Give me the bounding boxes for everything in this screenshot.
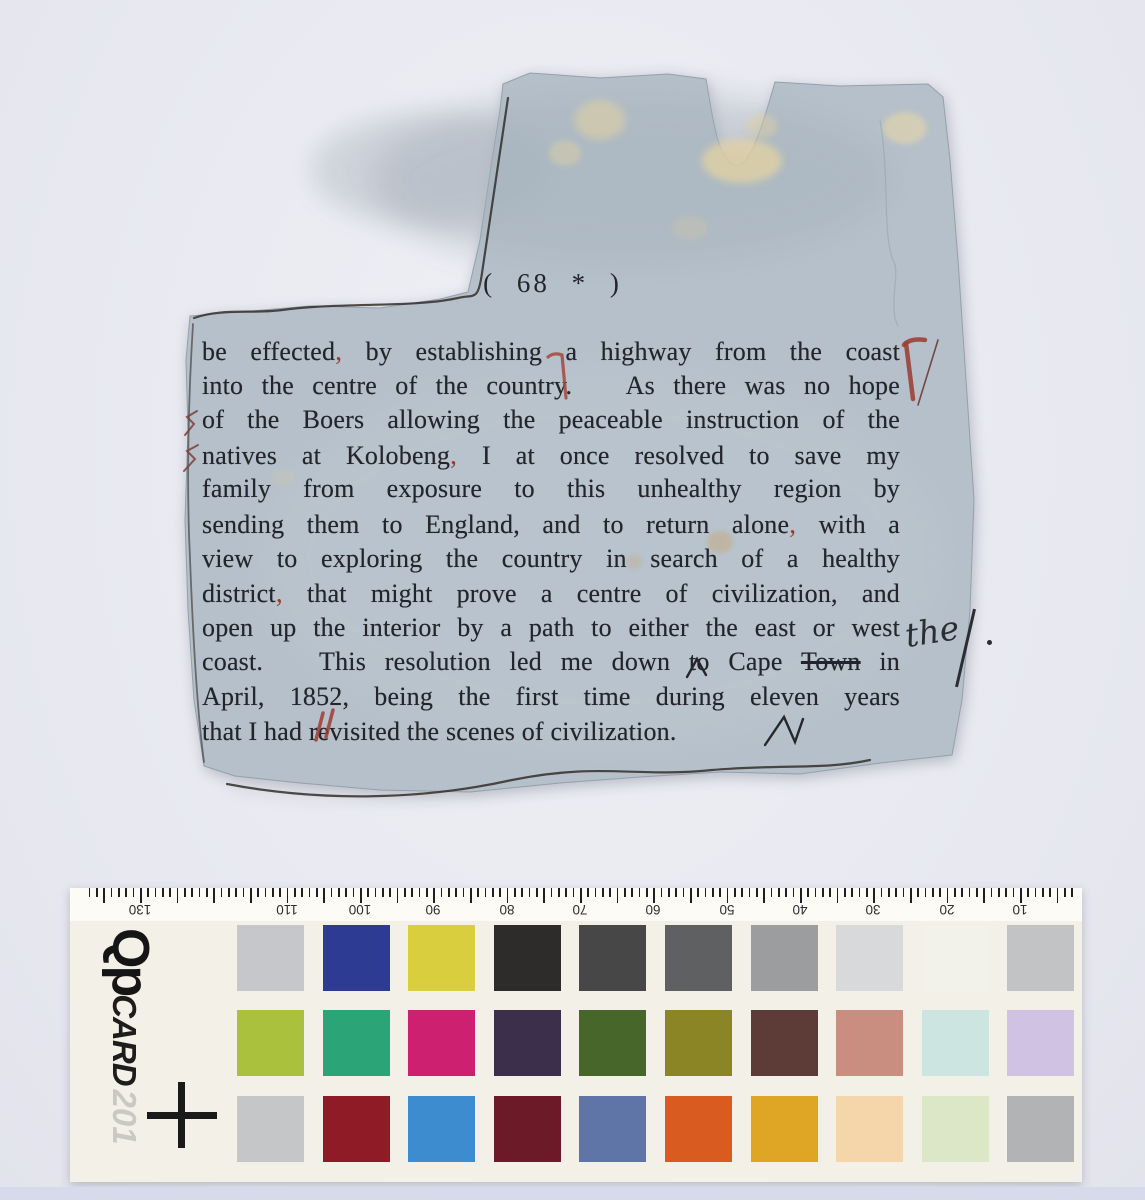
print-line: sending them to England, and to return a… [202,507,900,542]
ruler-tick [96,888,98,897]
ruler-tick [213,888,215,903]
ruler-tick [1071,888,1073,897]
stain [883,112,927,144]
ruler-tick [719,888,721,897]
ruler-tick [155,888,157,897]
ruler-tick [917,888,919,897]
ruler-tick [507,888,509,903]
ruler-tick [939,888,941,897]
print-segment: coast. This resolution led me down to Ca… [202,647,801,676]
color-swatch [1007,925,1074,991]
ruler-tick [653,888,655,903]
ruler-tick [639,888,641,897]
ruler-number: 20 [934,902,960,917]
ruler-number: 30 [860,902,886,917]
color-calibration-card: 130110100908070605040302010 QpCARD201 [70,888,1082,1182]
ruler-tick [558,888,560,897]
color-swatch [922,1096,989,1162]
qpcard-brand: Qp [101,928,159,994]
ruler-tick [734,888,736,897]
ruler-tick [404,888,406,897]
registration-cross-vertical [178,1082,185,1148]
ruler-tick [727,888,729,903]
print-segment: district [202,579,276,608]
ruler-tick [705,888,707,897]
ruler-tick [162,888,164,897]
color-swatch [836,925,903,991]
ruler-tick [338,888,340,897]
ruler-tick [668,888,670,897]
ruler-tick [844,888,846,897]
ruler-tick [514,888,516,897]
ruler-tick [1042,888,1044,897]
ruler-tick [309,888,311,897]
ruler-tick [969,888,971,897]
print-segment: sending them to England, and to return a… [202,510,789,539]
ruler-tick [961,888,963,897]
ruler-tick [595,888,597,897]
ruler-tick [646,888,648,897]
ruler-tick [257,888,259,897]
color-swatch [1007,1010,1074,1076]
color-swatch [237,1096,304,1162]
color-swatch [323,1096,390,1162]
ruler-tick [177,888,179,903]
ruler-tick [147,888,149,897]
ruler-tick [463,888,465,897]
ruler-tick [397,888,399,903]
print-segment: that might prove a centre of civilizatio… [283,579,900,608]
print-line: view to exploring the country in search … [202,542,900,577]
ruler-tick [499,888,501,897]
ruler-tick [631,888,633,897]
print-segment: of the Boers allowing the peaceable inst… [202,405,900,434]
ruler-tick [294,888,296,897]
ruler-number: 60 [640,902,666,917]
print-line: be effected, by establishing a highway f… [202,334,900,369]
ruler-tick [1005,888,1007,897]
red-inserted-comma: , [276,578,283,608]
color-swatch [237,925,304,991]
ruler-tick [199,888,201,897]
print-line: coast. This resolution led me down to Ca… [202,645,900,680]
ruler-tick [851,888,853,897]
ruler-tick [873,888,875,903]
ruler-tick [1027,888,1029,897]
scanned-archive-page: { "scan": { "header": "( 68 * )", "lines… [0,0,1145,1200]
ruler-tick [895,888,897,897]
ruler-tick [389,888,391,897]
ruler-tick [221,888,223,897]
page-number: ( 68 * ) [460,268,645,299]
print-segment: view to exploring the country in search … [202,544,900,573]
print-segment: in [861,647,900,676]
print-line: into the centre of the country. As there… [202,369,900,404]
ruler-tick [287,888,289,903]
ruler-tick [191,888,193,897]
ruler-tick [1064,888,1066,897]
ruler-tick [829,888,831,897]
ruler-tick [455,888,457,897]
ruler-tick [184,888,186,897]
ruler-number: 90 [420,902,446,917]
color-swatch [494,1010,561,1076]
ruler-tick [89,888,91,897]
color-swatch [751,1096,818,1162]
ruler-tick [529,888,531,897]
ruler-tick [763,888,765,903]
print-line: of the Boers allowing the peaceable inst… [202,403,900,438]
ruler-tick [1035,888,1037,897]
ruler-tick [551,888,553,897]
ruler-tick [426,888,428,897]
ruler-tick [903,888,905,897]
ruler-tick [243,888,245,897]
ruler-tick [793,888,795,897]
ruler-number: 130 [127,902,153,917]
ruler-tick [477,888,479,897]
print-text: be effected, by establishing a highway f… [202,334,900,749]
ruler-tick [573,888,575,897]
ruler-tick [103,888,105,903]
ruler-tick [580,888,582,903]
color-swatch [751,1010,818,1076]
ruler-tick [301,888,303,897]
ruler-tick [140,888,142,903]
qpcard-model: 201 [106,1090,143,1145]
ruler-tick [492,888,494,897]
ruler-tick [521,888,523,897]
ruler-tick [617,888,619,903]
color-swatch [836,1010,903,1076]
ruler-tick [323,888,325,903]
ruler-tick [881,888,883,897]
ruler-tick [360,888,362,903]
color-swatch [323,1010,390,1076]
ruler-tick [272,888,274,897]
ruler-tick [778,888,780,897]
color-swatch [665,1096,732,1162]
ruler-tick [624,888,626,897]
color-swatch [922,925,989,991]
ruler-number: 40 [787,902,813,917]
color-swatch [579,925,646,991]
ruler-tick [206,888,208,897]
ruler-tick [565,888,567,897]
ruler-tick [800,888,802,903]
ruler-tick [785,888,787,897]
ruler-tick [675,888,677,897]
ruler-tick [353,888,355,897]
ruler-tick [602,888,604,897]
ruler-tick [375,888,377,897]
ruler-tick [690,888,692,903]
ruler-tick [859,888,861,897]
ruler-tick [441,888,443,897]
ruler-tick [866,888,868,897]
struck-word: Town [801,647,861,676]
ruler-tick [683,888,685,897]
ruler-tick [543,888,545,903]
color-swatch [494,1096,561,1162]
color-swatch [408,1010,475,1076]
qpcard-brand-suffix: CARD [106,994,143,1085]
print-segment: be effected [202,337,335,366]
ruler-tick [169,888,171,897]
ruler-tick [111,888,113,897]
color-swatch [922,1010,989,1076]
color-swatch [665,1010,732,1076]
margin-note-handwriting: the [902,608,961,655]
ruler-tick [749,888,751,897]
ruler-tick [991,888,993,897]
ruler-tick [279,888,281,897]
ruler-tick [771,888,773,897]
ruler-tick [1057,888,1059,903]
color-swatch [237,1010,304,1076]
ruler-tick [1013,888,1015,897]
ruler-strip: 130110100908070605040302010 [70,888,1082,921]
print-segment: family from exposure to this unhealthy r… [202,474,900,503]
ruler-tick [837,888,839,903]
ruler-tick [932,888,934,897]
print-line: open up the interior by a path to either… [202,611,900,646]
print-line: family from exposure to this unhealthy r… [202,472,900,507]
ruler-tick [470,888,472,903]
ruler-tick [697,888,699,897]
ruler-tick [998,888,1000,897]
stain [702,139,782,183]
ruler-tick [822,888,824,897]
ruler-tick [419,888,421,897]
print-segment: by establishing a highway from the coast [342,337,900,366]
ruler-number: 110 [274,902,300,917]
ruler-number: 10 [1007,902,1033,917]
color-swatch [408,925,475,991]
print-segment: April, 1852, being the first time during… [202,682,900,711]
ruler-tick [587,888,589,897]
print-segment: that I had revisited the scenes of civil… [202,717,677,746]
qpcard-logo: QpCARD201 [86,928,160,1158]
print-segment: into the centre of the country. As there… [202,371,900,400]
color-swatch [494,925,561,991]
stain [574,100,626,140]
ruler-tick [433,888,435,903]
ruler-tick [609,888,611,897]
ruler-tick [331,888,333,897]
ruler-tick [976,888,978,897]
ruler-tick [133,888,135,897]
ruler-tick [118,888,120,897]
print-segment: with a [796,510,900,539]
ruler-tick [382,888,384,897]
margin-note-dot [987,640,992,645]
ruler-tick [1049,888,1051,897]
ruler-tick [228,888,230,897]
ruler-tick [954,888,956,897]
ruler-tick [250,888,252,903]
print-segment: I at once resolved to save my [457,441,900,470]
ruler-tick [807,888,809,897]
color-swatch [665,925,732,991]
print-segment: open up the interior by a path to either… [202,613,900,642]
color-swatch [579,1096,646,1162]
ruler-tick [925,888,927,897]
print-line: natives at Kolobeng, I at once resolved … [202,438,900,473]
ruler-tick [661,888,663,897]
stain [672,216,708,240]
color-swatch [579,1010,646,1076]
scan-edge-band [0,1187,1145,1200]
ruler-tick [947,888,949,903]
ruler-tick [712,888,714,897]
ruler-tick [536,888,538,897]
ruler-tick [1020,888,1022,903]
ruler-tick [910,888,912,903]
color-swatch [836,1096,903,1162]
ruler-tick [265,888,267,897]
color-swatch [323,925,390,991]
ruler-number: 100 [347,902,373,917]
color-swatch [408,1096,475,1162]
stain [549,140,581,166]
ruler-tick [448,888,450,897]
stain [746,114,778,138]
ruler-tick [367,888,369,897]
print-segment: natives at Kolobeng [202,441,450,470]
ruler-number: 70 [567,902,593,917]
ruler-tick [485,888,487,897]
print-line: April, 1852, being the first time during… [202,680,900,715]
ruler-tick [756,888,758,897]
ruler-tick [316,888,318,897]
ruler-tick [983,888,985,903]
ruler-tick [888,888,890,897]
ruler-tick [411,888,413,897]
color-swatch [1007,1096,1074,1162]
ruler-number: 80 [494,902,520,917]
ruler-tick [235,888,237,897]
ruler-tick [741,888,743,897]
ruler-tick [345,888,347,897]
print-line: district, that might prove a centre of c… [202,576,900,611]
ruler-number: 50 [714,902,740,917]
color-swatch [751,925,818,991]
ruler-tick [815,888,817,897]
ruler-tick [125,888,127,897]
print-line: that I had revisited the scenes of civil… [202,715,900,750]
